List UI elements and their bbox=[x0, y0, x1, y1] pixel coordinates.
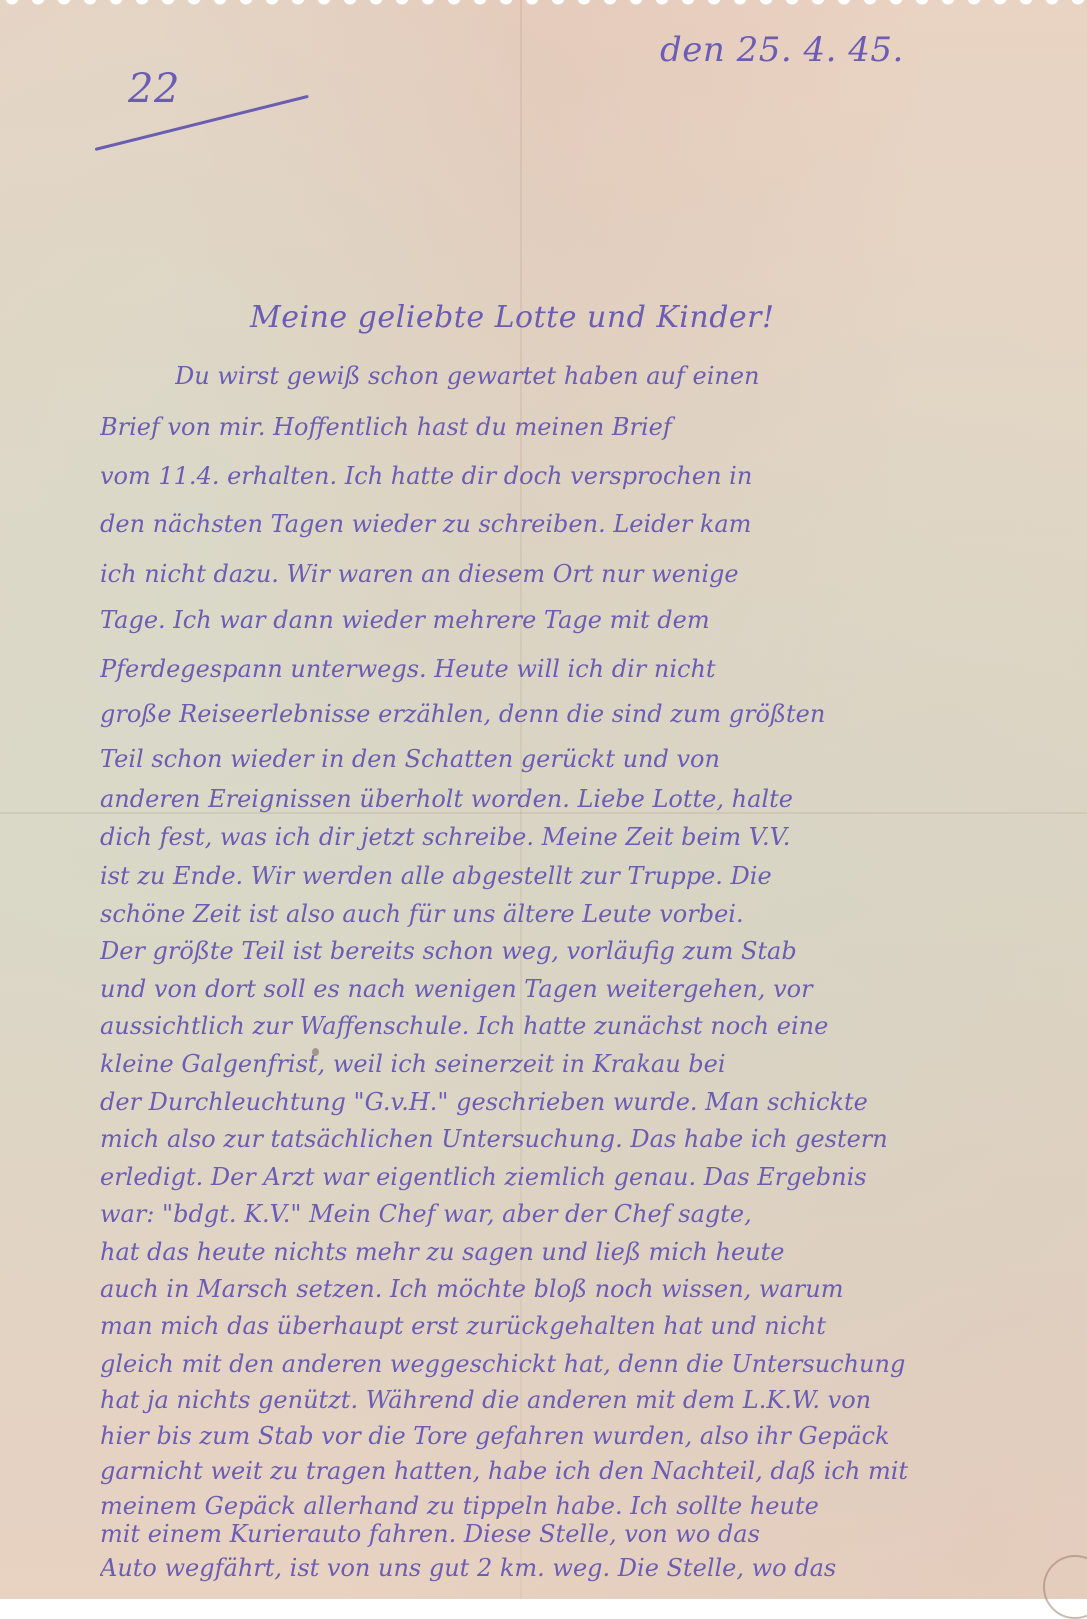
letter-line: anderen Ereignissen überholt worden. Lie… bbox=[100, 785, 1060, 813]
letter-line: war: "bdgt. K.V." Mein Chef war, aber de… bbox=[100, 1200, 1060, 1228]
letter-line: mit einem Kurierauto fahren. Diese Stell… bbox=[100, 1520, 1060, 1548]
letter-date: den 25. 4. 45. bbox=[660, 30, 904, 70]
page-number: 22 bbox=[128, 66, 180, 112]
letter-line: man mich das überhaupt erst zurückgehalt… bbox=[100, 1312, 1060, 1340]
letter-line: Teil schon wieder in den Schatten gerück… bbox=[100, 745, 1060, 773]
letter-line: Tage. Ich war dann wieder mehrere Tage m… bbox=[100, 606, 1060, 634]
letter-line: auch in Marsch setzen. Ich möchte bloß n… bbox=[100, 1275, 1060, 1303]
salutation: Meine geliebte Lotte und Kinder! bbox=[250, 300, 775, 335]
letter-line: erledigt. Der Arzt war eigentlich ziemli… bbox=[100, 1163, 1060, 1191]
letter-line: Du wirst gewiß schon gewartet haben auf … bbox=[175, 362, 1055, 390]
letter-line: der Durchleuchtung "G.v.H." geschrieben … bbox=[100, 1088, 1060, 1116]
ink-spot bbox=[312, 1048, 319, 1056]
letter-line: kleine Galgenfrist, weil ich seinerzeit … bbox=[100, 1050, 1060, 1078]
letter-line: Auto wegfährt, ist von uns gut 2 km. weg… bbox=[100, 1554, 1060, 1582]
page-number-underline bbox=[95, 95, 309, 151]
letter-line: und von dort soll es nach wenigen Tagen … bbox=[100, 975, 1060, 1003]
letter-line: garnicht weit zu tragen hatten, habe ich… bbox=[100, 1457, 1060, 1485]
letter-line: dich fest, was ich dir jetzt schreibe. M… bbox=[100, 823, 1060, 851]
letter-line: Brief von mir. Hoffentlich hast du meine… bbox=[100, 413, 1060, 441]
letter-line: meinem Gepäck allerhand zu tippeln habe.… bbox=[100, 1492, 1060, 1520]
letter-line: vom 11.4. erhalten. Ich hatte dir doch v… bbox=[100, 462, 1060, 490]
letter-line: Der größte Teil ist bereits schon weg, v… bbox=[100, 937, 1060, 965]
letter-line: hat ja nichts genützt. Während die ander… bbox=[100, 1386, 1060, 1414]
letter-line: hat das heute nichts mehr zu sagen und l… bbox=[100, 1238, 1060, 1266]
letter-line: aussichtlich zur Waffenschule. Ich hatte… bbox=[100, 1012, 1060, 1040]
letter-line: schöne Zeit ist also auch für uns ältere… bbox=[100, 900, 1060, 928]
perforated-edge bbox=[0, 0, 1087, 8]
letter-line: den nächsten Tagen wieder zu schreiben. … bbox=[100, 510, 1060, 538]
letter-line: hier bis zum Stab vor die Tore gefahren … bbox=[100, 1422, 1060, 1450]
letter-line: ich nicht dazu. Wir waren an diesem Ort … bbox=[100, 560, 1060, 588]
letter-line: Pferdegespann unterwegs. Heute will ich … bbox=[100, 655, 1060, 683]
letter-line: gleich mit den anderen weggeschickt hat,… bbox=[100, 1350, 1060, 1378]
letter-line: mich also zur tatsächlichen Untersuchung… bbox=[100, 1125, 1060, 1153]
letter-line: ist zu Ende. Wir werden alle abgestellt … bbox=[100, 862, 1060, 890]
letter-line: große Reiseerlebnisse erzählen, denn die… bbox=[100, 700, 1060, 728]
letter-page: 22 den 25. 4. 45. Meine geliebte Lotte u… bbox=[0, 0, 1087, 1599]
